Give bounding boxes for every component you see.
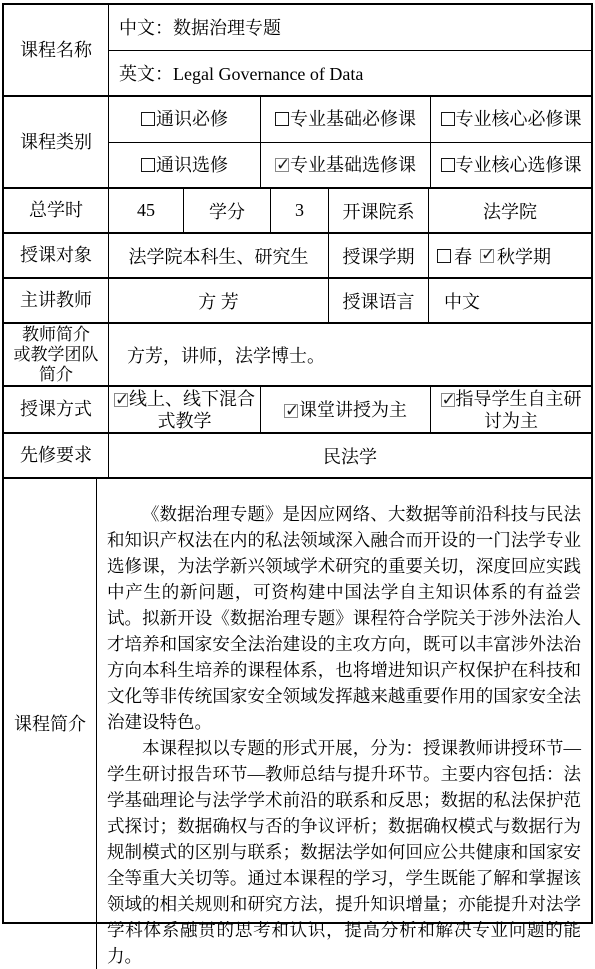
- language-label: 授课语言: [329, 279, 429, 322]
- row-prerequisites: 先修要求 民法学: [4, 434, 591, 479]
- category-option[interactable]: 通识选修: [109, 143, 261, 188]
- prereq-value: 民法学: [109, 434, 591, 477]
- checkbox-label: 线上、线下混合式教学: [129, 389, 255, 431]
- checkbox-icon[interactable]: [441, 112, 455, 126]
- row-course-intro: 课程简介 《数据治理专题》是因应网络、大数据等前沿科技与民法和知识产权法在内的私…: [4, 479, 591, 927]
- department-label: 开课院系: [329, 189, 429, 232]
- checkbox-label: 通识必修: [156, 108, 228, 130]
- semester-option-autumn[interactable]: 秋学期: [480, 243, 551, 269]
- checkbox-icon[interactable]: [275, 112, 289, 126]
- checkbox-label: 指导学生自主研讨为主: [456, 389, 582, 431]
- credits-value: 3: [271, 189, 329, 232]
- row-teaching-method: 授课方式 线上、线下混合式教学 课堂讲授为主 指导学生自主研讨为主: [4, 387, 591, 434]
- bio-label: 教师简介 或教学团队 简介: [4, 324, 109, 385]
- audience-value: 法学院本科生、研究生: [109, 234, 329, 277]
- intro-paragraph-2: 本课程拟以专题的形式开展，分为：授课教师讲授环节—学生研讨报告环节—教师总结与提…: [107, 735, 581, 927]
- bio-value: 方芳，讲师，法学博士。: [109, 324, 591, 385]
- hours-label: 总学时: [4, 189, 109, 232]
- checkbox-icon[interactable]: [441, 158, 455, 172]
- checkbox-label: 春: [454, 243, 472, 269]
- semester-label: 授课学期: [329, 234, 429, 277]
- hours-value: 45: [109, 189, 184, 232]
- checkbox-icon[interactable]: [437, 249, 451, 263]
- prereq-label: 先修要求: [4, 434, 109, 477]
- checkbox-label: 课堂讲授为主: [299, 400, 407, 420]
- row-teacher-language: 主讲教师 方 芳 授课语言 中文: [4, 279, 591, 324]
- checkbox-label: 秋学期: [497, 243, 551, 269]
- method-option[interactable]: 指导学生自主研讨为主: [431, 387, 591, 432]
- audience-label: 授课对象: [4, 234, 109, 277]
- method-option[interactable]: 线上、线下混合式教学: [109, 387, 261, 432]
- checkbox-icon[interactable]: [141, 112, 155, 126]
- language-value: 中文: [429, 279, 591, 322]
- row-hours-credits: 总学时 45 学分 3 开课院系 法学院: [4, 189, 591, 234]
- category-option[interactable]: 通识必修: [109, 97, 261, 142]
- checkbox-label: 专业核心必修课: [456, 108, 582, 130]
- semester-option-spring[interactable]: 春: [437, 243, 472, 269]
- intro-label: 课程简介: [4, 479, 97, 927]
- bio-label-line: 或教学团队: [14, 345, 99, 365]
- checkbox-icon[interactable]: [480, 249, 494, 263]
- course-name-zh: 中文：数据治理专题: [109, 5, 591, 50]
- method-label: 授课方式: [4, 387, 109, 432]
- checkbox-icon[interactable]: [141, 158, 155, 172]
- checkbox-label: 通识选修: [156, 154, 228, 176]
- intro-text: 《数据治理专题》是因应网络、大数据等前沿科技与民法和知识产权法在内的私法领域深入…: [97, 479, 591, 927]
- category-option[interactable]: 专业基础必修课: [261, 97, 431, 142]
- checkbox-icon[interactable]: [441, 393, 455, 407]
- checkbox-icon[interactable]: [275, 158, 289, 172]
- checkbox-label: 专业核心选修课: [456, 154, 582, 176]
- checkbox-icon[interactable]: [284, 404, 298, 418]
- credits-label: 学分: [184, 189, 271, 232]
- department-value: 法学院: [429, 189, 591, 232]
- semester-value: 春 秋学期: [429, 234, 591, 277]
- bio-label-line: 简介: [39, 365, 73, 385]
- category-option[interactable]: 专业基础选修课: [261, 143, 431, 188]
- row-audience-semester: 授课对象 法学院本科生、研究生 授课学期 春 秋学期: [4, 234, 591, 279]
- category-option[interactable]: 专业核心必修课: [431, 97, 591, 142]
- checkbox-icon[interactable]: [114, 393, 128, 407]
- row-teacher-bio: 教师简介 或教学团队 简介 方芳，讲师，法学博士。: [4, 324, 591, 387]
- checkbox-label: 专业基础选修课: [290, 154, 416, 176]
- course-category-label: 课程类别: [4, 97, 109, 187]
- method-option[interactable]: 课堂讲授为主: [261, 387, 431, 432]
- checkbox-label: 专业基础必修课: [290, 108, 416, 130]
- row-course-name: 课程名称 中文：数据治理专题 英文：Legal Governance of Da…: [4, 5, 591, 97]
- course-name-en: 英文：Legal Governance of Data: [109, 51, 591, 96]
- intro-paragraph-1: 《数据治理专题》是因应网络、大数据等前沿科技与民法和知识产权法在内的私法领域深入…: [107, 501, 581, 735]
- bio-label-line: 教师简介: [22, 325, 90, 345]
- teacher-value: 方 芳: [109, 279, 329, 322]
- course-name-label: 课程名称: [4, 5, 109, 95]
- course-info-table: 课程名称 中文：数据治理专题 英文：Legal Governance of Da…: [2, 3, 593, 924]
- teacher-label: 主讲教师: [4, 279, 109, 322]
- category-option[interactable]: 专业核心选修课: [431, 143, 591, 188]
- row-course-category: 课程类别 通识必修 专业基础必修课 专业核心必修课 通识选修 专业基础选修课: [4, 97, 591, 189]
